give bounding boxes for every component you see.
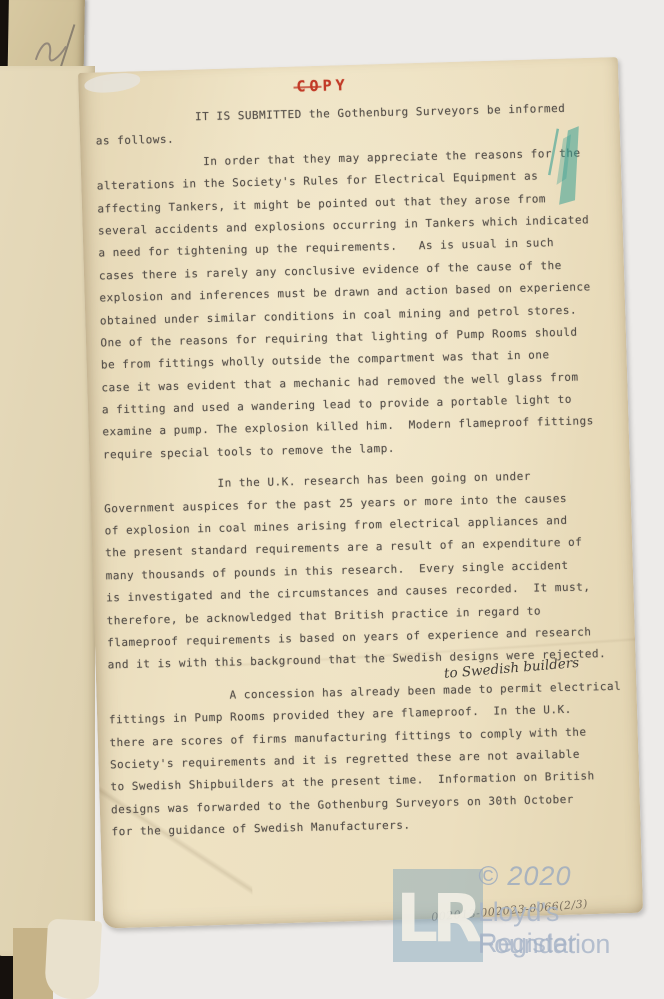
watermark-org-name-line2: Foundation	[478, 929, 610, 960]
typed-text-block: IT IS SUBMITTED the Gothenburg Surveyors…	[95, 101, 624, 848]
paper-scuff	[84, 71, 142, 94]
document-page: COPY IT IS SUBMITTED the Gothenburg Surv…	[78, 57, 643, 929]
paragraph: IT IS SUBMITTED the Gothenburg Surveyors…	[95, 101, 615, 471]
watermark-copyright: © 2020	[478, 861, 571, 892]
underlying-page-edge	[0, 66, 95, 956]
torn-scrap	[44, 919, 102, 999]
paragraph: In the U.K. research has been going on u…	[104, 468, 620, 681]
paragraph: A concession has already been made to pe…	[108, 680, 623, 848]
logo-letters: LR	[396, 880, 482, 957]
scanned-document-photo: COPY IT IS SUBMITTED the Gothenburg Surv…	[0, 0, 664, 999]
lloyds-register-logo: LR	[393, 869, 483, 962]
green-crayon-tick	[544, 126, 586, 209]
